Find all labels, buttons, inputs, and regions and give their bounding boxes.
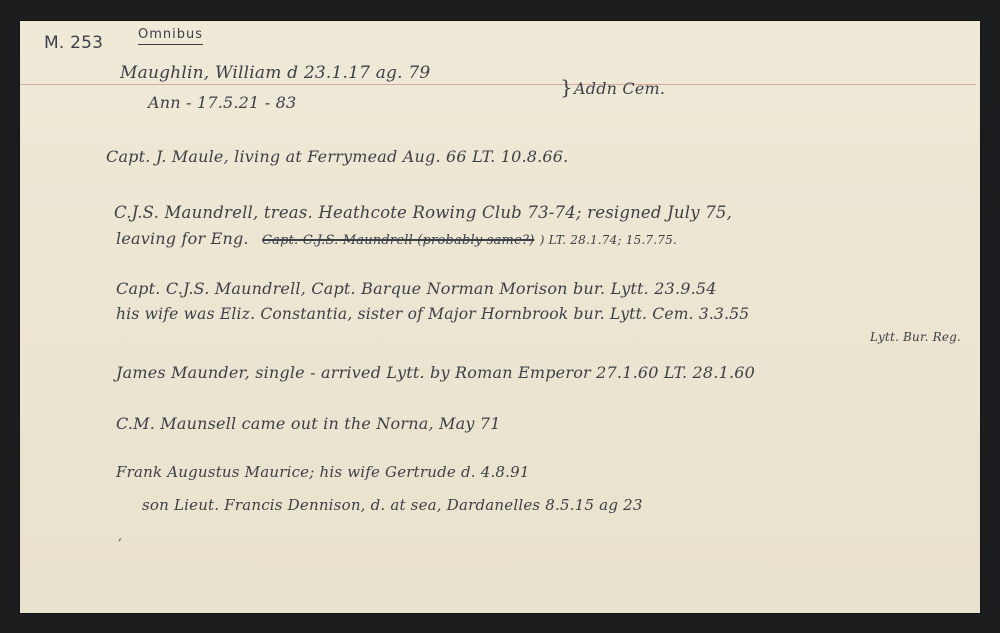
entry-line: son Lieut. Francis Dennison, d. at sea, … (142, 496, 643, 514)
entry-line: Capt. J. Maule, living at Ferrymead Aug.… (106, 147, 568, 166)
source-note: Lytt. Bur. Reg. (870, 330, 961, 344)
bracket-symbol: } (560, 75, 573, 99)
card-reference: M. 253 (44, 33, 103, 53)
index-card: M. 253 Omnibus Maughlin, William d 23.1.… (20, 21, 980, 613)
entry-line: leaving for Eng. Capt. C.J.S. Maundrell … (116, 229, 677, 248)
red-rule-line (20, 84, 976, 85)
entry-line: Frank Augustus Maurice; his wife Gertrud… (116, 463, 530, 481)
entry-line: Capt. C.J.S. Maundrell, Capt. Barque Nor… (116, 279, 717, 298)
entry-note: Addn Cem. (574, 79, 665, 98)
ink-mark: , (118, 529, 122, 543)
entry-line: his wife was Eliz. Constantia, sister of… (116, 305, 749, 323)
entry-text: leaving for Eng. (116, 229, 249, 248)
struck-text: Capt. C.J.S. Maundrell (probably same?) (262, 233, 534, 248)
entry-line: Ann - 17.5.21 - 83 (148, 93, 296, 112)
card-heading: Omnibus (138, 27, 203, 45)
entry-line: James Maunder, single - arrived Lytt. by… (116, 363, 755, 382)
entry-source: ) LT. 28.1.74; 15.7.75. (540, 233, 677, 247)
entry-line: Maughlin, William d 23.1.17 ag. 79 (120, 63, 430, 83)
entry-line: C.J.S. Maundrell, treas. Heathcote Rowin… (114, 203, 732, 222)
entry-line: C.M. Maunsell came out in the Norna, May… (116, 414, 501, 433)
